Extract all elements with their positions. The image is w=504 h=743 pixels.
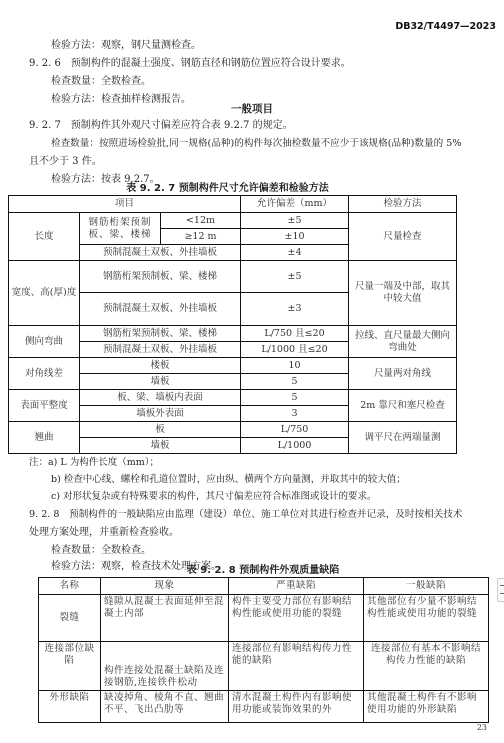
row-label-length: 长度 (9, 213, 80, 261)
tolerance-table: 项目 允许偏差（mm） 检验方法 长度 钢筋桁架预制板、梁、楼梯 <12m ±5… (8, 195, 457, 454)
length-val-1: ±5 (241, 213, 349, 229)
inspection-quantity-text-2-cont: 且不少于 3 件。 (29, 156, 102, 168)
camber-label-2: 预制混凝土双板、外挂墙板 (80, 342, 241, 358)
defect-general: 其他部位有少量不影响结构性能或使用功能的裂缝 (364, 595, 489, 642)
diagonal-val-2: 5 (241, 374, 349, 390)
diagonal-val-1: 10 (241, 358, 349, 374)
inspection-method-text: 检验方法：观察，钢尺量测检查。 (51, 40, 201, 52)
table-row: 外形缺陷 缺凌掉角、棱角不直、翘曲不平、飞出凸肋等 清水混凝土构件内有影响使用功… (39, 691, 489, 723)
section-title: 一般项目 (0, 102, 504, 116)
table-row: 翘曲 板 L/750 调平尺在两端量测 (9, 422, 457, 438)
length-val-2: ±10 (241, 229, 349, 245)
table-row: 表面平整度 板、梁、墙板内表面 5 2m 靠尺和塞尺检查 (9, 390, 457, 406)
defect-general: 连接部位有基本不影响结构传力性能的缺陷 (364, 642, 489, 691)
table-row: 对角线差 楼板 10 尺量两对角线 (9, 358, 457, 374)
camber-label-1: 钢筋桁架预制板、梁、楼梯 (80, 326, 241, 342)
length-cond-2: ≥12 m (161, 229, 241, 245)
diagonal-label-1: 楼板 (80, 358, 241, 374)
length-cond-1: <12m (161, 213, 241, 229)
table-row: 裂缝 缝隙从混凝土表面延伸至混凝土内部 构件主要受力部位有影响结构性能或使用功能… (39, 595, 489, 642)
header-phenomenon: 现象 (101, 578, 229, 595)
defect-severe: 清水混凝土构件内有影响使用功能或装饰效果的外 (229, 691, 364, 723)
length-method: 尺量检查 (349, 213, 457, 261)
table-row: 侧向弯曲 钢筋桁架预制板、梁、楼梯 L/750 且≤20 拉线、直尺量最大侧向弯… (9, 326, 457, 342)
width-label-2: 预制混凝土双板、外挂墙板 (80, 293, 241, 326)
defect-severe: 构件主要受力部位有影响结构性能或使用功能的裂缝 (229, 595, 364, 642)
table-row: 连接部位缺陷 构件连接处混凝土缺陷及连接钢筋,连接铁件松动 连接部位有影响结构传… (39, 642, 489, 691)
diagonal-label-2: 墙板 (80, 374, 241, 390)
diagonal-method: 尺量两对角线 (349, 358, 457, 390)
menu-icon-line (500, 585, 504, 586)
page-number: 23 (477, 723, 487, 732)
row-label-width: 宽度、高(厚)度 (9, 261, 80, 326)
defect-phenomenon: 缝隙从混凝土表面延伸至混凝土内部 (101, 595, 229, 642)
table-header-row: 名称 现象 严重缺陷 一般缺陷 (39, 578, 489, 595)
defects-table: 名称 现象 严重缺陷 一般缺陷 裂缝 缝隙从混凝土表面延伸至混凝土内部 构件主要… (38, 577, 489, 723)
row-label-warp: 翘曲 (9, 422, 80, 454)
camber-val-2: L/1000 且≤20 (241, 342, 349, 358)
width-val-1: ±5 (241, 261, 349, 293)
inspection-quantity-text-3: 检查数量：全数检查。 (51, 545, 151, 557)
flatness-val-1: 5 (241, 390, 349, 406)
header-name: 名称 (39, 578, 101, 595)
row-label-camber: 侧向弯曲 (9, 326, 80, 358)
defect-name: 外形缺陷 (39, 691, 101, 723)
header-tolerance: 允许偏差（mm） (241, 196, 349, 213)
defect-phenomenon: 构件连接处混凝土缺陷及连接钢筋,连接铁件松动 (101, 642, 229, 691)
table-row: 宽度、高(厚)度 钢筋桁架预制板、梁、楼梯 ±5 尺量一端及中部，取其中较大值 (9, 261, 457, 293)
clause-9-2-8-cont: 处理方案处理，并重新检查验收。 (29, 527, 179, 539)
warp-label-2: 墙板 (80, 438, 241, 454)
flatness-label-1: 板、梁、墙板内表面 (80, 390, 241, 406)
header-method: 检验方法 (349, 196, 457, 213)
length-sub-label: 钢筋桁架预制板、梁、楼梯 (80, 213, 161, 245)
row-label-diagonal: 对角线差 (9, 358, 80, 390)
width-method: 尺量一端及中部，取其中较大值 (349, 261, 457, 326)
warp-val-2: L/1000 (241, 438, 349, 454)
width-val-2: ±3 (241, 293, 349, 326)
length-val-3: ±4 (241, 245, 349, 261)
flatness-val-2: 3 (241, 406, 349, 422)
clause-9-2-8: 9. 2. 8 预制构件的一般缺陷应由监理（建设）单位、施工单位对其进行检查并记… (29, 509, 462, 521)
row-label-flatness: 表面平整度 (9, 390, 80, 422)
width-label-1: 钢筋桁架预制板、梁、楼梯 (80, 261, 241, 293)
inspection-quantity-text-2: 检查数量：按照进场检验批,同一规格(品种)的构件每次抽检数量不应少于该规格(品种… (51, 138, 461, 150)
defect-phenomenon: 缺凌掉角、棱角不直、翘曲不平、飞出凸肋等 (101, 691, 229, 723)
clause-9-2-6: 9. 2. 6 预制构件的混凝土强度、钢筋直径和钢筋位置应符合设计要求。 (29, 58, 351, 70)
defect-name: 裂缝 (39, 595, 101, 642)
note-c: c) 对形状复杂或有特殊要求的构件，其尺寸偏差应符合标准图或设计的要求。 (51, 491, 377, 503)
warp-val-1: L/750 (241, 422, 349, 438)
header-general: 一般缺陷 (364, 578, 489, 595)
table-row: 长度 钢筋桁架预制板、梁、楼梯 <12m ±5 尺量检查 (9, 213, 457, 229)
table-header-row: 项目 允许偏差（mm） 检验方法 (9, 196, 457, 213)
document-id: DB32/T4497—2023 (395, 21, 496, 32)
clause-9-2-7: 9. 2. 7 预制构件其外观尺寸偏差应符合表 9.2.7 的规定。 (29, 120, 293, 132)
note-a: 注：a) L 为构件长度（mm）； (29, 457, 159, 469)
header-item: 项目 (9, 196, 241, 213)
table-9-2-8-caption: 表 9. 2. 8 预制构件外观质量缺陷 (38, 564, 488, 577)
defect-general: 其他混凝土构件有不影响使用功能的外形缺陷 (364, 691, 489, 723)
defect-name: 连接部位缺陷 (39, 642, 101, 691)
camber-val-1: L/750 且≤20 (241, 326, 349, 342)
warp-method: 调平尺在两端量测 (349, 422, 457, 454)
table-9-2-7-caption: 表 9. 2. 7 预制构件尺寸允许偏差和检验方法 (0, 182, 455, 195)
header-severe: 严重缺陷 (229, 578, 364, 595)
note-b: b) 检查中心线、螺栓和孔道位置时，应由纵、横两个方向量测，并取其中的较大值； (51, 474, 406, 486)
side-panel-toggle[interactable] (497, 578, 504, 602)
menu-icon-line (500, 593, 504, 594)
defect-severe: 连接部位有影响结构传力性能的缺陷 (229, 642, 364, 691)
warp-label-1: 板 (80, 422, 241, 438)
camber-method: 拉线、直尺量最大侧向弯曲处 (349, 326, 457, 358)
inspection-quantity-text: 检查数量：全数检查。 (51, 76, 151, 88)
flatness-label-2: 墙板外表面 (80, 406, 241, 422)
length-label-3: 预制混凝土双板、外挂墙板 (80, 245, 241, 261)
flatness-method: 2m 靠尺和塞尺检查 (349, 390, 457, 422)
